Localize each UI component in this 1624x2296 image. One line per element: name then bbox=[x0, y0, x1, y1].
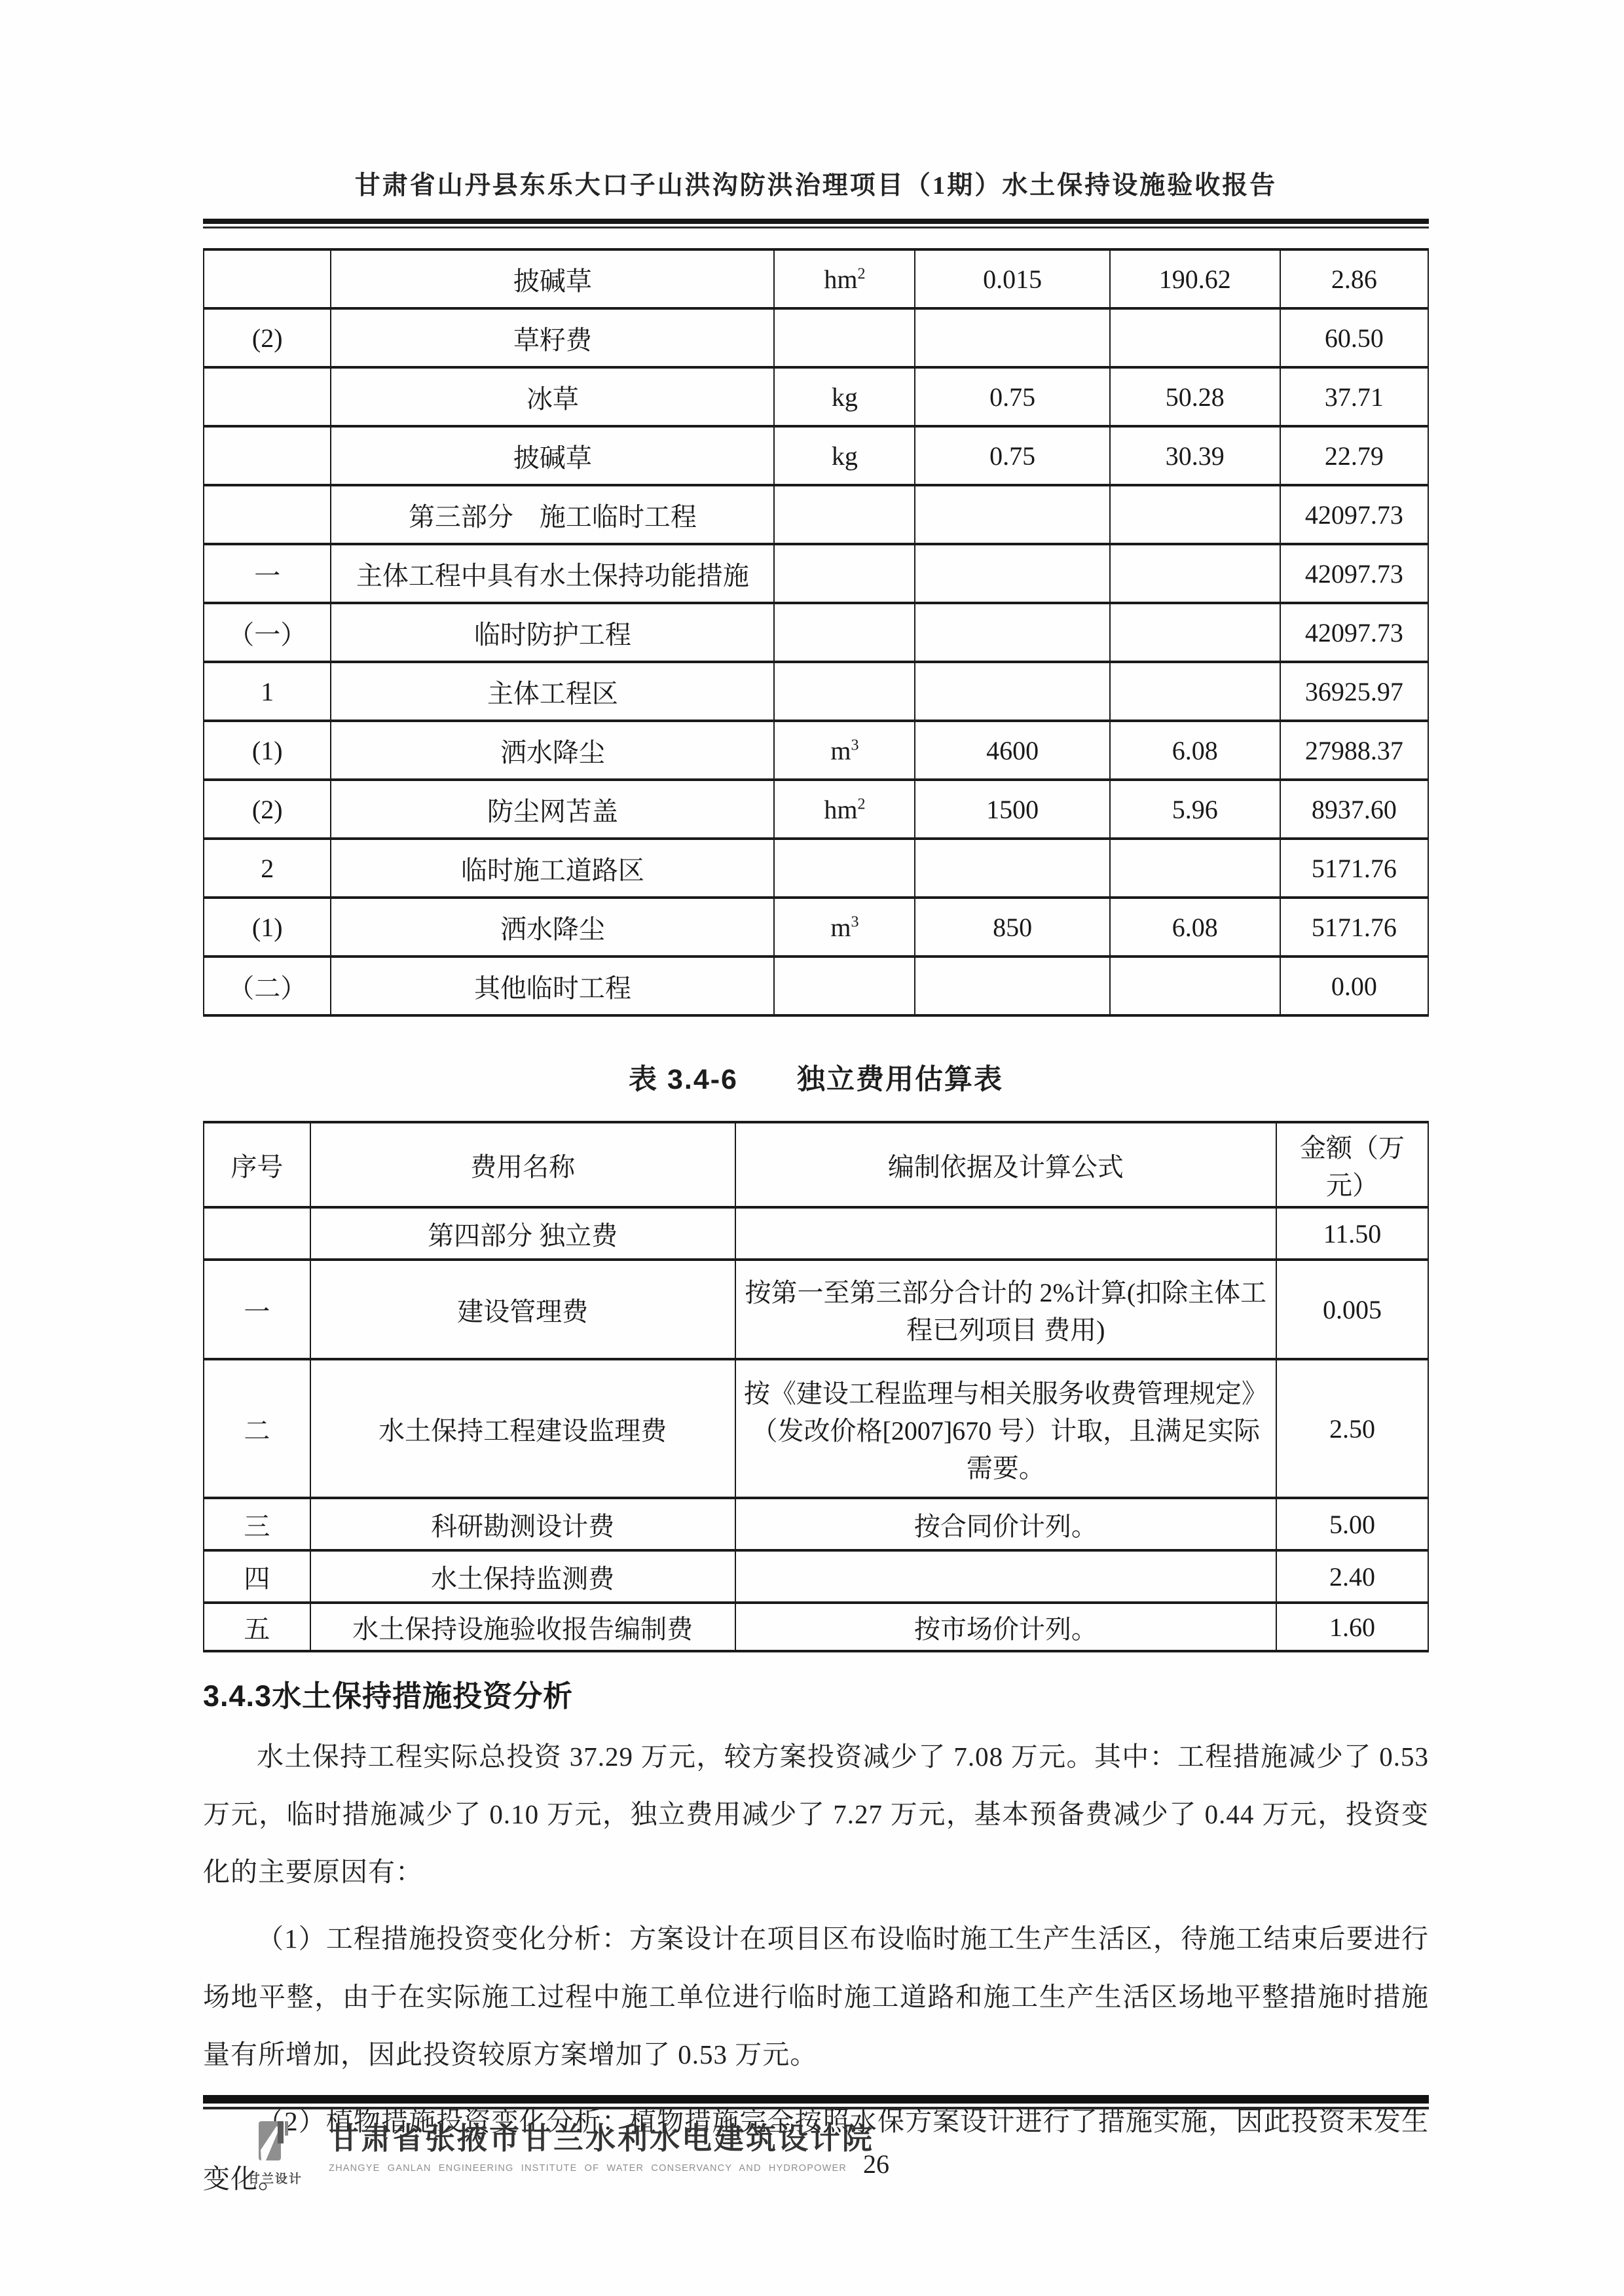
footer-rule-thin bbox=[203, 2107, 1429, 2109]
cell-name: 防尘网苫盖 bbox=[331, 780, 774, 839]
cell-unit: hm2 bbox=[774, 249, 915, 308]
cell-price: 50.28 bbox=[1110, 367, 1280, 426]
cell-qty bbox=[915, 957, 1109, 1015]
cell-qty bbox=[915, 662, 1109, 721]
unit-base: hm bbox=[824, 795, 857, 824]
cell-name: 主体工程区 bbox=[331, 662, 774, 721]
cell-no: 五 bbox=[204, 1603, 310, 1651]
table-row: 披碱草 hm2 0.015 190.62 2.86 bbox=[204, 249, 1428, 308]
independent-cost-table: 序号 费用名称 编制依据及计算公式 金额（万元） 第四部分 独立费 11.50 … bbox=[203, 1121, 1429, 1652]
table-row: （二） 其他临时工程 0.00 bbox=[204, 957, 1428, 1015]
cell-amount: 8937.60 bbox=[1280, 780, 1428, 839]
table-row: 二 水土保持工程建设监理费 按《建设工程监理与相关服务收费管理规定》（发改价格[… bbox=[204, 1359, 1428, 1498]
cell-basis: 按市场价计列。 bbox=[735, 1603, 1277, 1651]
table-row: (1) 洒水降尘 m3 850 6.08 5171.76 bbox=[204, 898, 1428, 957]
cell-name: 水土保持工程建设监理费 bbox=[310, 1359, 735, 1498]
paragraph-investment-summary: 水土保持工程实际总投资 37.29 万元，较方案投资减少了 7.08 万元。其中… bbox=[203, 1728, 1429, 1901]
cell-name: 披碱草 bbox=[331, 426, 774, 485]
paragraph-engineering-measures: （1）工程措施投资变化分析：方案设计在项目区布设临时施工生产生活区，待施工结束后… bbox=[203, 1910, 1429, 2083]
cell-amount: 5171.76 bbox=[1280, 898, 1428, 957]
cell-name: 临时防护工程 bbox=[331, 603, 774, 662]
header-rule-thick bbox=[203, 219, 1429, 224]
cell-qty bbox=[915, 839, 1109, 898]
cell-qty: 0.75 bbox=[915, 426, 1109, 485]
footer-logo-caption: 甘兰设计 bbox=[248, 2169, 303, 2187]
table-row: 冰草 kg 0.75 50.28 37.71 bbox=[204, 367, 1428, 426]
cell-amount: 22.79 bbox=[1280, 426, 1428, 485]
cell-amount: 42097.73 bbox=[1280, 544, 1428, 603]
table-row: （一） 临时防护工程 42097.73 bbox=[204, 603, 1428, 662]
cell-name: 主体工程中具有水土保持功能措施 bbox=[331, 544, 774, 603]
cell-price: 6.08 bbox=[1110, 721, 1280, 780]
independent-cost-table-title: 表 3.4-6 独立费用估算表 bbox=[203, 1057, 1429, 1097]
cell-unit: hm2 bbox=[774, 780, 915, 839]
cell-amount: 0.00 bbox=[1280, 957, 1428, 1015]
footer-brand: 甘兰设计 甘肃省张掖市甘兰水利水电建筑设计院 ZHANGYE GANLAN EN… bbox=[203, 2120, 1429, 2187]
table-row: 1 主体工程区 36925.97 bbox=[204, 662, 1428, 721]
cell-amount: 5.00 bbox=[1276, 1498, 1428, 1550]
cell-price bbox=[1110, 839, 1280, 898]
cell-qty: 0.015 bbox=[915, 249, 1109, 308]
cell-amount: 1.60 bbox=[1276, 1603, 1428, 1651]
cell-name: 洒水降尘 bbox=[331, 898, 774, 957]
cell-amount: 0.005 bbox=[1276, 1260, 1428, 1359]
cell-no bbox=[204, 249, 331, 308]
cell-price bbox=[1110, 957, 1280, 1015]
unit-exponent: 2 bbox=[857, 265, 865, 282]
cell-name: 水土保持监测费 bbox=[310, 1550, 735, 1603]
table-row: (2) 防尘网苫盖 hm2 1500 5.96 8937.60 bbox=[204, 780, 1428, 839]
cell-name: 草籽费 bbox=[331, 308, 774, 367]
table-row: 五 水土保持设施验收报告编制费 按市场价计列。 1.60 bbox=[204, 1603, 1428, 1651]
cell-qty bbox=[915, 485, 1109, 544]
cell-unit: m3 bbox=[774, 898, 915, 957]
cell-unit bbox=[774, 544, 915, 603]
cell-amount: 60.50 bbox=[1280, 308, 1428, 367]
table-header-row: 序号 费用名称 编制依据及计算公式 金额（万元） bbox=[204, 1122, 1428, 1207]
cell-amount: 2.40 bbox=[1276, 1550, 1428, 1603]
cell-price: 6.08 bbox=[1110, 898, 1280, 957]
section-heading-3-4-3: 3.4.3水土保持措施投资分析 bbox=[203, 1672, 1429, 1715]
cell-qty bbox=[915, 308, 1109, 367]
cell-unit: m3 bbox=[774, 721, 915, 780]
header-cell-basis: 编制依据及计算公式 bbox=[735, 1122, 1277, 1207]
cell-no: (2) bbox=[204, 308, 331, 367]
footer-logo-block: 甘兰设计 bbox=[248, 2120, 303, 2187]
unit-exponent: 3 bbox=[851, 913, 858, 930]
table-row: (2) 草籽费 60.50 bbox=[204, 308, 1428, 367]
cell-qty: 0.75 bbox=[915, 367, 1109, 426]
page-content: 甘肃省山丹县东乐大口子山洪沟防洪治理项目（1期）水土保持设施验收报告 披碱草 h… bbox=[203, 0, 1429, 2217]
cell-qty: 4600 bbox=[915, 721, 1109, 780]
cell-amount: 2.86 bbox=[1280, 249, 1428, 308]
cell-price: 30.39 bbox=[1110, 426, 1280, 485]
unit-base: kg bbox=[832, 441, 858, 471]
cell-unit: kg bbox=[774, 367, 915, 426]
cell-name: 第四部分 独立费 bbox=[310, 1207, 735, 1260]
cell-qty: 850 bbox=[915, 898, 1109, 957]
table-row: 披碱草 kg 0.75 30.39 22.79 bbox=[204, 426, 1428, 485]
table-row: 一 建设管理费 按第一至第三部分合计的 2%计算(扣除主体工程已列项目 费用) … bbox=[204, 1260, 1428, 1359]
cell-unit bbox=[774, 485, 915, 544]
cell-qty: 1500 bbox=[915, 780, 1109, 839]
cell-no: 2 bbox=[204, 839, 331, 898]
temporary-works-cost-table: 披碱草 hm2 0.015 190.62 2.86 (2) 草籽费 60.50 bbox=[203, 248, 1429, 1017]
cell-amount: 37.71 bbox=[1280, 367, 1428, 426]
cell-qty bbox=[915, 603, 1109, 662]
cell-no: 二 bbox=[204, 1359, 310, 1498]
unit-base: m bbox=[830, 913, 851, 942]
cell-price: 190.62 bbox=[1110, 249, 1280, 308]
unit-exponent: 2 bbox=[857, 795, 865, 812]
cell-no: 一 bbox=[204, 1260, 310, 1359]
table-row: 四 水土保持监测费 2.40 bbox=[204, 1550, 1428, 1603]
cell-amount: 36925.97 bbox=[1280, 662, 1428, 721]
table-row: 第四部分 独立费 11.50 bbox=[204, 1207, 1428, 1260]
cell-name: 第三部分 施工临时工程 bbox=[331, 485, 774, 544]
cell-price: 5.96 bbox=[1110, 780, 1280, 839]
table-row: 2 临时施工道路区 5171.76 bbox=[204, 839, 1428, 898]
cell-price bbox=[1110, 603, 1280, 662]
cell-name: 水土保持设施验收报告编制费 bbox=[310, 1603, 735, 1651]
cell-price bbox=[1110, 485, 1280, 544]
cell-no: 一 bbox=[204, 544, 331, 603]
cell-no: （二） bbox=[204, 957, 331, 1015]
cell-basis bbox=[735, 1207, 1277, 1260]
cell-unit bbox=[774, 662, 915, 721]
cell-price bbox=[1110, 544, 1280, 603]
cell-qty bbox=[915, 544, 1109, 603]
cell-name: 其他临时工程 bbox=[331, 957, 774, 1015]
header-cell-no: 序号 bbox=[204, 1122, 310, 1207]
cell-name: 临时施工道路区 bbox=[331, 839, 774, 898]
cell-amount: 2.50 bbox=[1276, 1359, 1428, 1498]
cell-no: (2) bbox=[204, 780, 331, 839]
cell-unit bbox=[774, 957, 915, 1015]
cell-name: 冰草 bbox=[331, 367, 774, 426]
footer-company-name: 甘肃省张掖市甘兰水利水电建筑设计院 bbox=[329, 2120, 874, 2158]
cell-no: 三 bbox=[204, 1498, 310, 1550]
cell-price bbox=[1110, 662, 1280, 721]
page-header-title: 甘肃省山丹县东乐大口子山洪沟防洪治理项目（1期）水土保持设施验收报告 bbox=[203, 0, 1429, 202]
cell-basis bbox=[735, 1550, 1277, 1603]
cell-no bbox=[204, 1207, 310, 1260]
cell-no: 四 bbox=[204, 1550, 310, 1603]
header-rule-thin bbox=[203, 227, 1429, 228]
table-row: 一 主体工程中具有水土保持功能措施 42097.73 bbox=[204, 544, 1428, 603]
cell-amount: 42097.73 bbox=[1280, 485, 1428, 544]
cell-no bbox=[204, 426, 331, 485]
company-logo-icon bbox=[258, 2120, 292, 2165]
cell-name: 建设管理费 bbox=[310, 1260, 735, 1359]
cell-unit: kg bbox=[774, 426, 915, 485]
cell-price bbox=[1110, 308, 1280, 367]
cell-amount: 5171.76 bbox=[1280, 839, 1428, 898]
cell-basis: 按第一至第三部分合计的 2%计算(扣除主体工程已列项目 费用) bbox=[735, 1260, 1277, 1359]
cell-no bbox=[204, 367, 331, 426]
cell-unit bbox=[774, 308, 915, 367]
cell-no: (1) bbox=[204, 898, 331, 957]
page-number: 26 bbox=[863, 2149, 889, 2179]
cell-no bbox=[204, 485, 331, 544]
cell-name: 洒水降尘 bbox=[331, 721, 774, 780]
footer-rule-thick bbox=[203, 2095, 1429, 2104]
cell-amount: 27988.37 bbox=[1280, 721, 1428, 780]
cell-amount: 42097.73 bbox=[1280, 603, 1428, 662]
unit-base: hm bbox=[824, 264, 857, 294]
cell-name: 披碱草 bbox=[331, 249, 774, 308]
page-footer: 甘兰设计 甘肃省张掖市甘兰水利水电建筑设计院 ZHANGYE GANLAN EN… bbox=[203, 2095, 1429, 2187]
cell-no: （一） bbox=[204, 603, 331, 662]
cell-no: (1) bbox=[204, 721, 331, 780]
unit-base: m bbox=[830, 736, 851, 765]
cell-unit bbox=[774, 839, 915, 898]
cell-unit bbox=[774, 603, 915, 662]
table-row: 三 科研勘测设计费 按合同价计列。 5.00 bbox=[204, 1498, 1428, 1550]
unit-exponent: 3 bbox=[851, 737, 858, 754]
footer-company-block: 甘肃省张掖市甘兰水利水电建筑设计院 ZHANGYE GANLAN ENGINEE… bbox=[329, 2120, 874, 2174]
footer-company-name-english: ZHANGYE GANLAN ENGINEERING INSTITUTE OF … bbox=[329, 2163, 874, 2174]
cell-no: 1 bbox=[204, 662, 331, 721]
cell-basis: 按《建设工程监理与相关服务收费管理规定》（发改价格[2007]670 号）计取，… bbox=[735, 1359, 1277, 1498]
cell-basis: 按合同价计列。 bbox=[735, 1498, 1277, 1550]
report-page: 甘肃省山丹县东乐大口子山洪沟防洪治理项目（1期）水土保持设施验收报告 披碱草 h… bbox=[0, 0, 1624, 2296]
header-cell-amount: 金额（万元） bbox=[1276, 1122, 1428, 1207]
table-row: (1) 洒水降尘 m3 4600 6.08 27988.37 bbox=[204, 721, 1428, 780]
cell-name: 科研勘测设计费 bbox=[310, 1498, 735, 1550]
cell-amount: 11.50 bbox=[1276, 1207, 1428, 1260]
table-row: 第三部分 施工临时工程 42097.73 bbox=[204, 485, 1428, 544]
unit-base: kg bbox=[832, 382, 858, 412]
header-cell-name: 费用名称 bbox=[310, 1122, 735, 1207]
